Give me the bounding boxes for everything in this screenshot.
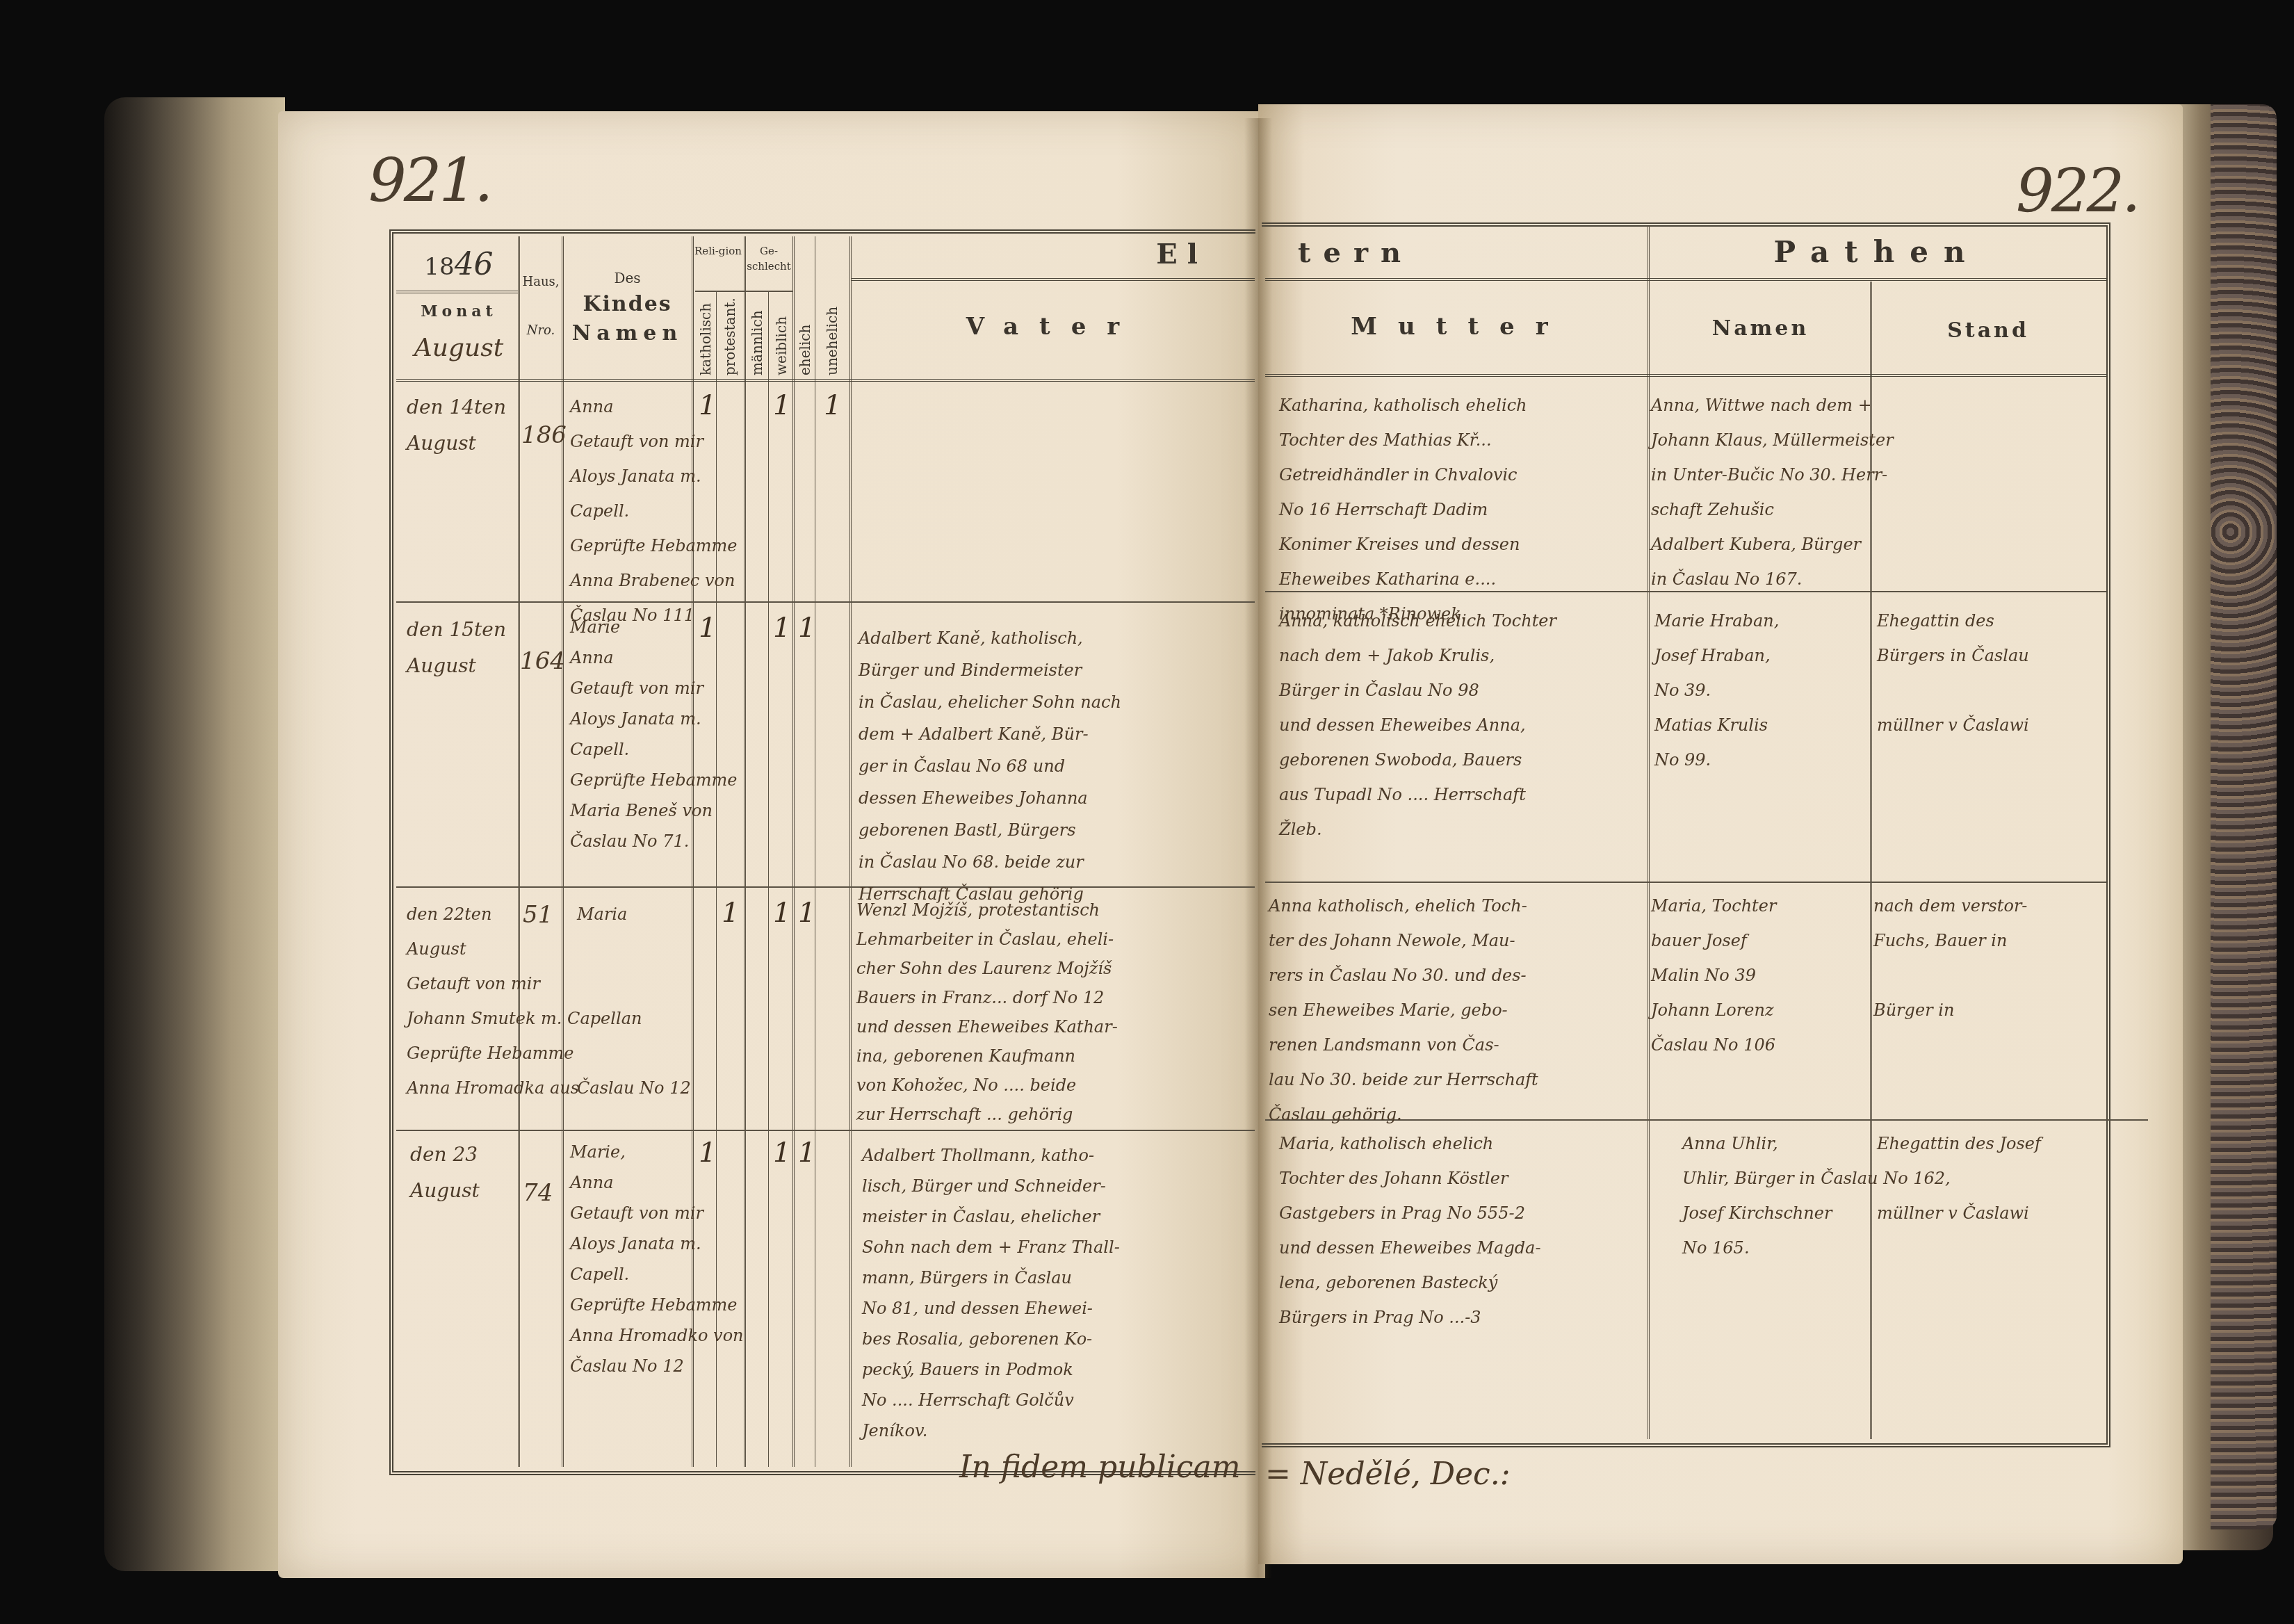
entry-1-house-no: 186 [521, 417, 563, 453]
header-godparent-name: Namen [1651, 316, 1870, 341]
entry-4-child: Marie, Anna Getauft von mir Aloys Janata… [570, 1137, 834, 1381]
year-printed: 18 [424, 253, 454, 281]
entry-1-child: Anna Getauft von mir Aloys Janata m. Cap… [570, 389, 820, 633]
header-bottom-rule-left [396, 379, 1255, 382]
entry-4-catholic: 1 [699, 1137, 716, 1169]
entry-3-female: 1 [773, 897, 790, 929]
header-rule-year [396, 291, 518, 293]
header-protestant: protestant. [722, 299, 738, 375]
row-separator-2-right [1265, 882, 2106, 883]
entry-1-female: 1 [773, 389, 790, 421]
header-rule-parents-right [1265, 278, 2106, 281]
row-separator-1-left [396, 601, 1255, 603]
col-rule-illegit-father [849, 236, 852, 1467]
header-parents-left: El [1140, 238, 1223, 270]
entry-3-mother: Anna katholisch, ehelich Toch- ter des J… [1269, 888, 1644, 1132]
entry-3-godparent-status: nach dem verstor- Fuchs, Bauer in Bürger… [1873, 888, 2103, 1028]
header-female: weiblich [773, 299, 790, 375]
entry-4-godparent-status: Ehegattin des Josef müllner v Časlawi [1877, 1126, 2099, 1231]
entry-4-female: 1 [773, 1137, 790, 1169]
header-male: männlich [749, 299, 765, 375]
entry-1-mother: Katharina, katholisch ehelich Tochter de… [1279, 388, 1641, 631]
header-rule-religion [695, 291, 792, 292]
entry-4-mother: Maria, katholisch ehelich Tochter des Jo… [1279, 1126, 1641, 1335]
entry-2-father: Adalbert Kaně, katholisch, Bürger und Bi… [859, 622, 1248, 910]
row-separator-3-left [396, 1130, 1255, 1131]
col-rule-month-house [518, 236, 520, 1467]
header-house-label: Haus, [520, 275, 562, 289]
year-handwritten: 46 [455, 247, 494, 282]
entry-4-house-no: 74 [523, 1175, 564, 1211]
entry-2-godparent-names: Marie Hraban, Josef Hraban, No 39. Matia… [1654, 603, 1863, 777]
header-child-kindes: Kindes [563, 292, 692, 316]
entry-1-date: den 14ten August [407, 389, 518, 462]
header-child-namen: Namen [563, 321, 692, 346]
entry-2-catholic: 1 [699, 612, 716, 644]
header-pathen: Pathen [1654, 235, 2099, 269]
header-legitimate: ehelich [797, 299, 813, 375]
header-child-des: Des [563, 270, 692, 286]
header-catholic: katholisch [697, 299, 714, 375]
book-spine-cover [2211, 104, 2277, 1529]
entry-2-mother: Anna, katholisch ehelich Tochter nach de… [1279, 603, 1641, 847]
entry-1-godparent-names: Anna, Wittwe nach dem + Johann Klaus, Mü… [1651, 388, 2096, 596]
entry-3-house-no: 51 [523, 897, 564, 933]
header-month-label: Monat [400, 302, 518, 320]
header-sex: Ge-schlecht [745, 243, 792, 274]
entry-3-godparent-names: Maria, Tochter bauer Josef Malin No 39 J… [1651, 888, 1866, 1062]
entry-3-legitimate: 1 [798, 897, 815, 929]
header-month-value: August [403, 334, 514, 362]
header-religion: Reli-gion [694, 243, 742, 259]
book-left-edge [104, 97, 285, 1571]
entry-3-father: Wenzl Mojžíš, protestantisch Lehmarbeite… [856, 895, 1253, 1129]
entry-2-female: 1 [773, 612, 790, 644]
header-bottom-rule-right [1265, 374, 2106, 377]
attestation-left: In fidem publicam [959, 1450, 1240, 1485]
entry-4-date: den 23 August [410, 1137, 521, 1209]
header-illegitimate: unehelich [824, 278, 840, 375]
header-year: 1846 [407, 247, 511, 282]
col-rule-mother-godname [1648, 226, 1650, 1439]
header-godparent-status: Stand [1873, 318, 2103, 343]
header-house-nro: Nro. [520, 323, 562, 338]
right-page-number: 922. [2016, 156, 2138, 226]
header-rule-parents-left [852, 278, 1255, 281]
entry-4-father: Adalbert Thollmann, katho- lisch, Bürger… [862, 1140, 1251, 1446]
entry-4-legitimate: 1 [798, 1137, 815, 1169]
left-page-number: 921. [368, 146, 490, 216]
entry-2-child: Marie Anna Getauft von mir Aloys Janata … [570, 612, 820, 856]
attestation-right: = Nedělé, Dec.: [1265, 1456, 1510, 1492]
entry-1-illegitimate: 1 [824, 389, 841, 421]
entry-2-house-no: 164 [520, 643, 562, 679]
entry-2-date: den 15ten August [407, 612, 518, 684]
header-mother: Mutter [1272, 313, 1648, 341]
header-parents-right: tern [1293, 236, 1418, 269]
entry-2-godparent-status: Ehegattin des Bürgers in Časlau müllner … [1877, 603, 2099, 742]
header-father: Vater [855, 313, 1251, 341]
entry-2-legitimate: 1 [798, 612, 815, 644]
entry-3-protestant: 1 [722, 897, 739, 929]
entry-1-catholic: 1 [699, 389, 716, 421]
